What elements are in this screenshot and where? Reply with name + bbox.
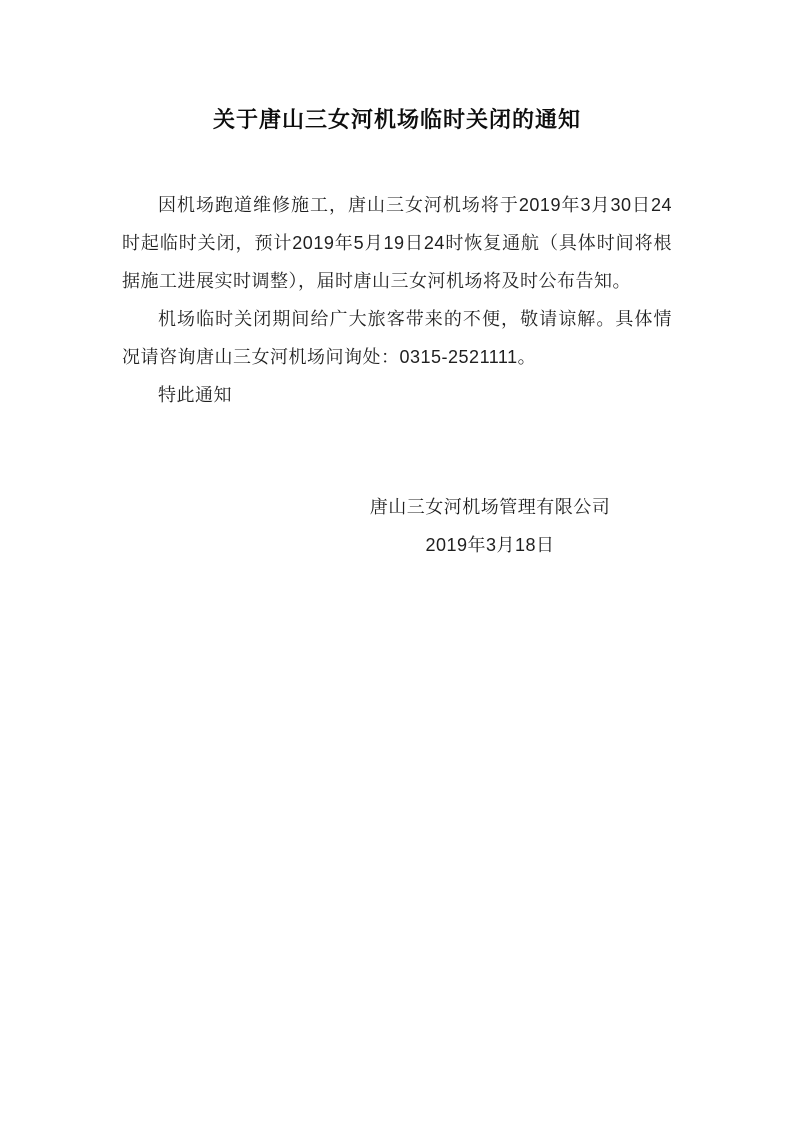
document-content: 关于唐山三女河机场临时关闭的通知 因机场跑道维修施工，唐山三女河机场将于2019…: [0, 0, 794, 564]
signature-spacer: [122, 414, 672, 488]
closing-line: 特此通知: [122, 376, 672, 414]
document-title: 关于唐山三女河机场临时关闭的通知: [122, 104, 672, 136]
signature-block: 唐山三女河机场管理有限公司 2019年3月18日: [340, 488, 640, 564]
signature-company: 唐山三女河机场管理有限公司: [340, 488, 640, 526]
document-body: 因机场跑道维修施工，唐山三女河机场将于2019年3月30日24时起临时关闭，预计…: [122, 186, 672, 414]
notice-paragraph-2: 机场临时关闭期间给广大旅客带来的不便，敬请谅解。具体情况请咨询唐山三女河机场问询…: [122, 300, 672, 376]
document-page: 关于唐山三女河机场临时关闭的通知 因机场跑道维修施工，唐山三女河机场将于2019…: [0, 0, 794, 1122]
signature-date: 2019年3月18日: [340, 526, 640, 564]
notice-paragraph-1: 因机场跑道维修施工，唐山三女河机场将于2019年3月30日24时起临时关闭，预计…: [122, 186, 672, 300]
